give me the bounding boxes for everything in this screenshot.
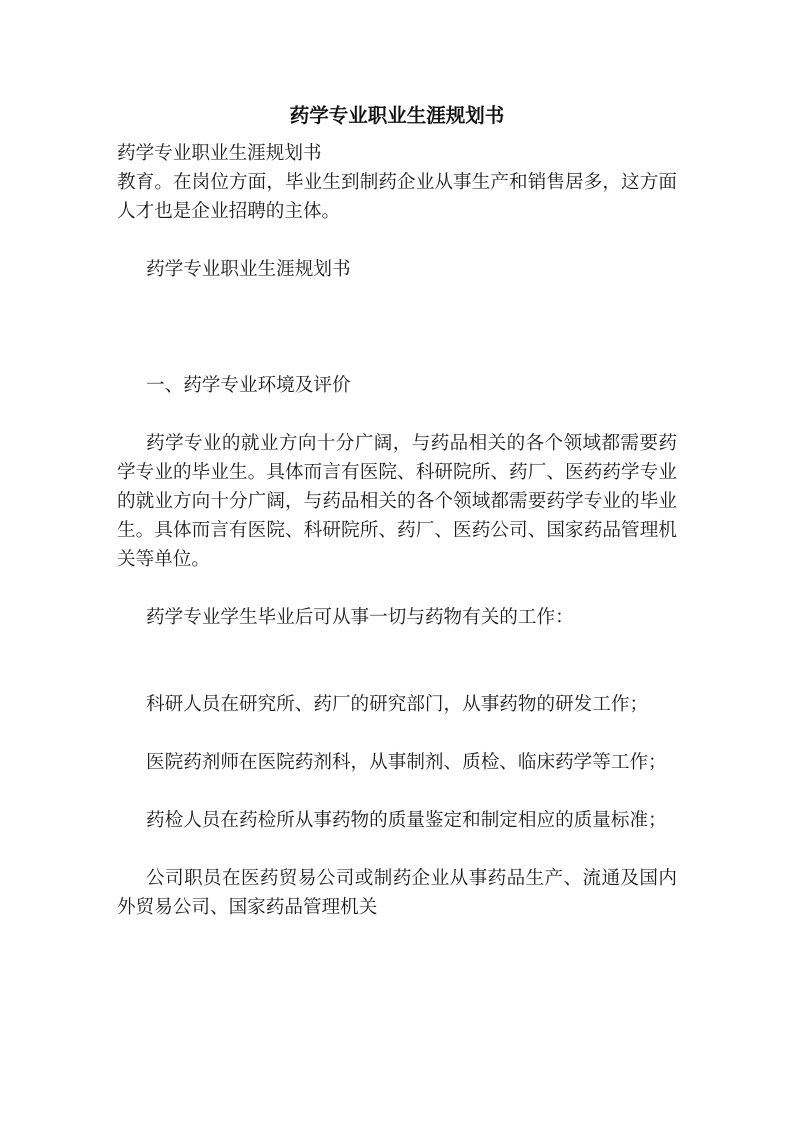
- paragraph-research-role: 科研人员在研究所、药厂的研究部门，从事药物的研发工作；: [117, 690, 677, 719]
- paragraph-drug-inspection-role: 药检人员在药检所从事药物的质量鉴定和制定相应的质量标准；: [117, 806, 677, 835]
- document-title: 药学专业职业生涯规划书: [117, 102, 677, 131]
- blank-line: [117, 400, 677, 429]
- section-heading-environment: 一、药学专业环境及评价: [117, 371, 677, 400]
- blank-line: [117, 226, 677, 255]
- blank-line: [117, 574, 677, 603]
- blank-line: [117, 719, 677, 748]
- blank-line: [117, 835, 677, 864]
- paragraph-title-repeat: 药学专业职业生涯规划书: [117, 255, 677, 284]
- paragraph-company-staff-role: 公司职员在医药贸易公司或制药企业从事药品生产、流通及国内外贸易公司、国家药品管理…: [117, 864, 677, 922]
- blank-line: [117, 661, 677, 690]
- paragraph-hospital-pharmacist-role: 医院药剂师在医院药剂科，从事制剂、质检、临床药学等工作；: [117, 748, 677, 777]
- document-page: 药学专业职业生涯规划书 药学专业职业生涯规划书 教育。在岗位方面，毕业生到制药企…: [0, 0, 793, 1122]
- blank-line: [117, 632, 677, 661]
- paragraph-jobs-lead-in: 药学专业学生毕业后可从事一切与药物有关的工作：: [117, 603, 677, 632]
- paragraph-subtitle: 药学专业职业生涯规划书: [117, 139, 677, 168]
- blank-line: [117, 777, 677, 806]
- blank-line: [117, 313, 677, 342]
- document-content: 药学专业职业生涯规划书 药学专业职业生涯规划书 教育。在岗位方面，毕业生到制药企…: [117, 102, 677, 922]
- paragraph-employment-scope: 药学专业的就业方向十分广阔，与药品相关的各个领域都需要药学专业的毕业生。具体而言…: [117, 429, 677, 574]
- blank-line: [117, 284, 677, 313]
- blank-line: [117, 342, 677, 371]
- paragraph-intro: 教育。在岗位方面，毕业生到制药企业从事生产和销售居多，这方面人才也是企业招聘的主…: [117, 168, 677, 226]
